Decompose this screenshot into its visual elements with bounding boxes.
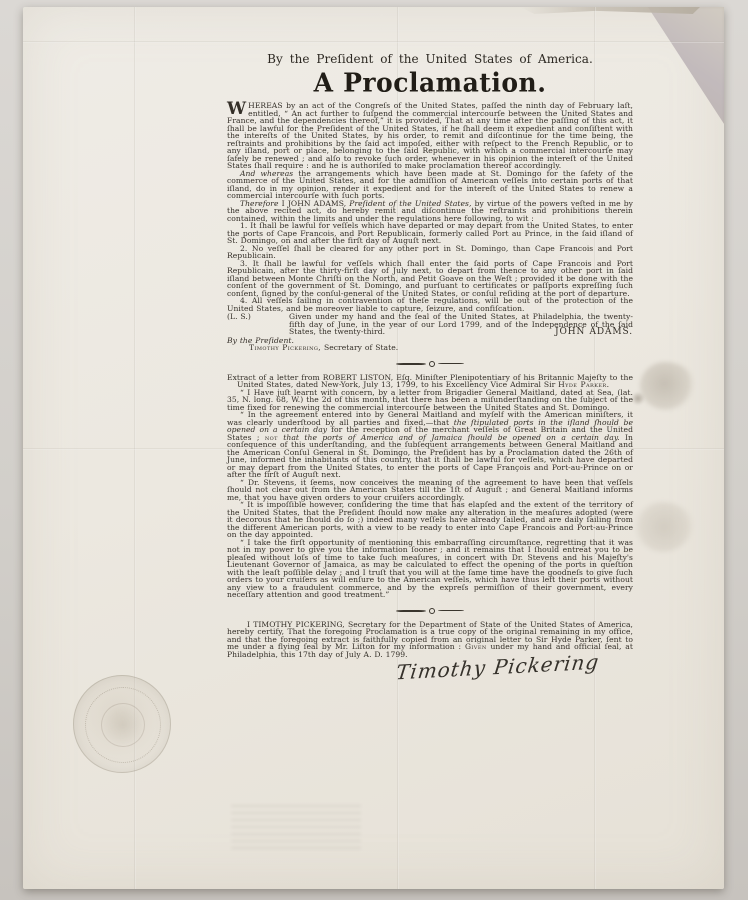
issuer-line: By the Preſident of the United States of… — [227, 53, 633, 66]
water-stain-droplet — [631, 392, 645, 405]
liston-paragraph-1: “ I Have juſt learnt with concern, by a … — [227, 389, 633, 412]
drop-cap: W — [227, 102, 248, 117]
liston-paragraph-3: “ Dr. Stevens, it ſeems, now conceives t… — [227, 479, 633, 502]
regulation-4: 4. All veſſels ſailing in contravention … — [227, 297, 633, 312]
water-stain-upper — [640, 362, 694, 410]
therefore-paragraph: Therefore I JOHN ADAMS, Preſident of the… — [227, 200, 633, 223]
regulation-2: 2. No veſſel ſhall be cleared for any ot… — [227, 245, 633, 260]
and-whereas-paragraph: And whereas the arrangements which have … — [227, 170, 633, 200]
ink-show-through — [231, 805, 361, 849]
document-text: WHEREAS by an act of the Congreſs of the… — [227, 102, 633, 658]
seal-center-device — [101, 703, 145, 747]
section-divider-ornament — [227, 608, 633, 614]
photo-backdrop: By the Preſident of the United States of… — [0, 0, 748, 900]
embossed-seal — [73, 675, 171, 773]
section-divider-ornament — [227, 361, 633, 367]
secretary-line: Timothy Pickering, Secretary of State. — [227, 344, 633, 352]
pickering-signature: Timothy Pickering — [395, 659, 599, 677]
proclamation-title: A Proclamation. — [227, 68, 633, 96]
regulation-1: 1. It ſhall be lawful for veſſels which … — [227, 222, 633, 245]
whereas-paragraph: WHEREAS by an act of the Congreſs of the… — [227, 102, 633, 170]
document-sheet: By the Preſident of the United States of… — [23, 7, 724, 889]
seal-abbreviation: (L. S.) — [227, 313, 251, 321]
water-stain-lower — [635, 502, 693, 552]
liston-paragraph-2: “ In the agreement entered into by Gener… — [227, 411, 633, 479]
john-adams-printed-signature: JOHN ADAMS. — [555, 329, 633, 337]
attestation-paragraph: (L. S.)Given under my hand and the ſeal … — [289, 313, 633, 336]
regulation-3: 3. It ſhall be lawful for veſſels which … — [227, 260, 633, 298]
liston-paragraph-4: “ It is impoſſible however, conſidering … — [227, 501, 633, 539]
document-body: By the Preſident of the United States of… — [227, 7, 633, 672]
extract-heading: Extract of a letter from ROBERT LISTON, … — [227, 374, 633, 389]
liston-paragraph-5: “ I take the firſt opportunity of mentio… — [227, 539, 633, 599]
